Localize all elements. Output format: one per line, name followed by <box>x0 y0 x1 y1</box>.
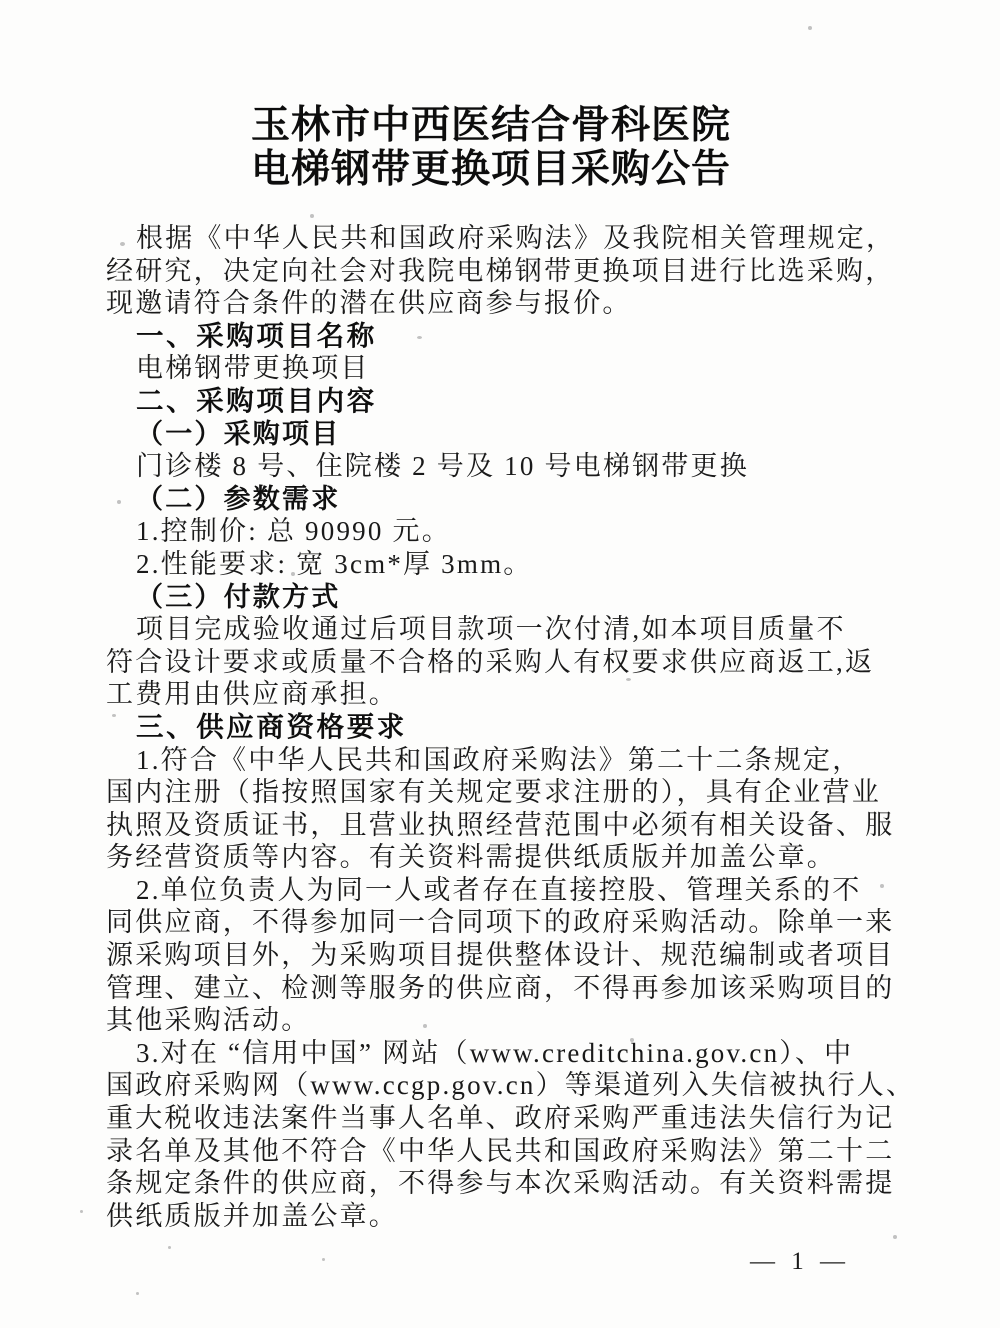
text-line: 2.单位负责人为同一人或者存在直接控股、管理关系的不 <box>106 874 876 907</box>
title-line-2: 电梯钢带更换项目采购公告 <box>106 148 876 192</box>
text-line: 国内注册（指按照国家有关规定要求注册的），具有企业营业 <box>106 776 876 809</box>
scan-speck <box>417 336 422 339</box>
scan-speck <box>893 1235 897 1239</box>
text-line: 经研究，决定向社会对我院电梯钢带更换项目进行比选采购， <box>106 255 876 288</box>
text-line: 国政府采购网（www.ccgp.gov.cn）等渠道列入失信被执行人、 <box>106 1069 876 1102</box>
scan-speck <box>168 1246 171 1249</box>
scan-speck <box>423 1024 427 1028</box>
scan-speck <box>322 1258 325 1261</box>
scan-speck <box>880 884 884 888</box>
text-line: 2.性能要求: 宽 3cm*厚 3mm。 <box>106 548 876 581</box>
scan-speck <box>117 500 121 504</box>
text-line: 1.符合《中华人民共和国政府采购法》第二十二条规定， <box>106 744 876 777</box>
page-number: — 1 — <box>750 1248 850 1276</box>
scan-speck <box>630 1038 634 1042</box>
scan-speck <box>121 1208 124 1212</box>
text-line: 电梯钢带更换项目 <box>106 352 876 385</box>
scan-speck <box>310 214 314 218</box>
document-page: 玉林市中西医结合骨科医院 电梯钢带更换项目采购公告 根据《中华人民共和国政府采购… <box>0 0 1000 1328</box>
paragraph: 3.对在 “信用中国” 网站（www.creditchina.gov.cn）、中… <box>106 1037 876 1233</box>
text-line: 执照及资质证书，且营业执照经营范围中必须有相关设备、服 <box>106 809 876 842</box>
paragraph: 根据《中华人民共和国政府采购法》及我院相关管理规定，经研究，决定向社会对我院电梯… <box>106 222 876 320</box>
scan-speck <box>808 26 812 30</box>
sub-heading: （三）付款方式 <box>106 581 876 614</box>
text-line: 同供应商，不得参加同一合同项下的政府采购活动。除单一来 <box>106 906 876 939</box>
text-line: 源采购项目外，为采购项目提供整体设计、规范编制或者项目 <box>106 939 876 972</box>
text-line: 管理、建立、检测等服务的供应商，不得再参加该采购项目的 <box>106 972 876 1005</box>
scan-speck <box>291 572 295 576</box>
text-line: 条规定条件的供应商，不得参与本次采购活动。有关资料需提 <box>106 1167 876 1200</box>
scan-speck <box>112 714 116 717</box>
scan-speck <box>626 678 631 681</box>
section-heading: 二、采购项目内容 <box>106 385 876 418</box>
scan-speck <box>136 1292 139 1295</box>
scan-speck <box>80 1210 83 1213</box>
scan-speck <box>120 242 125 246</box>
sub-heading: （二）参数需求 <box>106 483 876 516</box>
text-line: 录名单及其他不符合《中华人民共和国政府采购法》第二十二 <box>106 1135 876 1168</box>
document-body: 玉林市中西医结合骨科医院 电梯钢带更换项目采购公告 根据《中华人民共和国政府采购… <box>106 104 876 1232</box>
text-line: 重大税收违法案件当事人名单、政府采购严重违法失信行为记 <box>106 1102 876 1135</box>
section-heading: 一、采购项目名称 <box>106 320 876 353</box>
text-line: 工费用由供应商承担。 <box>106 678 876 711</box>
text-line: 根据《中华人民共和国政府采购法》及我院相关管理规定， <box>106 222 876 255</box>
text-line: 1.控制价: 总 90990 元。 <box>106 515 876 548</box>
paragraph: 项目完成验收通过后项目款项一次付清,如本项目质量不符合设计要求或质量不合格的采购… <box>106 613 876 711</box>
section-heading: 三、供应商资格要求 <box>106 711 876 744</box>
text-line: 现邀请符合条件的潜在供应商参与报价。 <box>106 287 876 320</box>
paragraph: 1.符合《中华人民共和国政府采购法》第二十二条规定，国内注册（指按照国家有关规定… <box>106 744 876 874</box>
sub-heading: （一）采购项目 <box>106 418 876 451</box>
paragraph: 2.单位负责人为同一人或者存在直接控股、管理关系的不同供应商，不得参加同一合同项… <box>106 874 876 1037</box>
text-line: 项目完成验收通过后项目款项一次付清,如本项目质量不 <box>106 613 876 646</box>
document-blocks: 根据《中华人民共和国政府采购法》及我院相关管理规定，经研究，决定向社会对我院电梯… <box>106 222 876 1232</box>
text-line: 门诊楼 8 号、住院楼 2 号及 10 号电梯钢带更换 <box>106 450 876 483</box>
title-line-1: 玉林市中西医结合骨科医院 <box>106 104 876 148</box>
document-title: 玉林市中西医结合骨科医院 电梯钢带更换项目采购公告 <box>106 104 876 192</box>
text-line: 3.对在 “信用中国” 网站（www.creditchina.gov.cn）、中 <box>106 1037 876 1070</box>
text-line: 供纸质版并加盖公章。 <box>106 1200 876 1233</box>
scan-speck <box>296 423 300 427</box>
text-line: 务经营资质等内容。有关资料需提供纸质版并加盖公章。 <box>106 841 876 874</box>
text-line: 符合设计要求或质量不合格的采购人有权要求供应商返工,返 <box>106 646 876 679</box>
text-line: 其他采购活动。 <box>106 1004 876 1037</box>
